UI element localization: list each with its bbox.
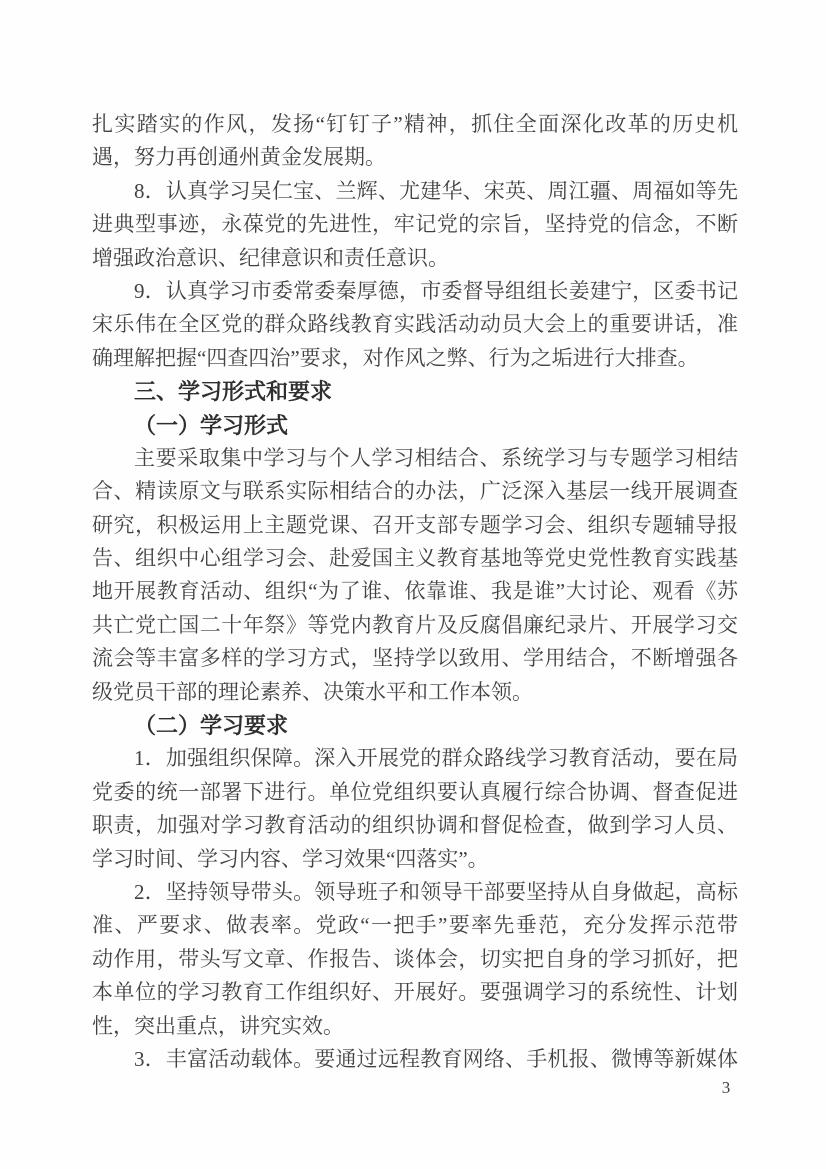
text-line: 3．丰富活动载体。要通过远程教育网络、手机报、微博等新媒体 [92,1043,738,1076]
text-line: 2．坚持领导带头。领导班子和领导干部要坚持从自身做起，高标 [92,876,738,909]
heading-line: （一）学习形式 [92,409,738,442]
text-line: 学习时间、学习内容、学习效果“四落实”。 [92,843,738,876]
text-line: 8．认真学习吴仁宝、兰辉、尤建华、宋英、周江疆、周福如等先 [92,175,738,208]
text-line: 告、组织中心组学习会、赴爱国主义教育基地等党史党性教育实践基 [92,542,738,575]
document-page: 扎实踏实的作风，发扬“钉钉子”精神，抓住全面深化改革的历史机遇，努力再创通州黄金… [0,0,826,1169]
document-text-block: 扎实踏实的作风，发扬“钉钉子”精神，抓住全面深化改革的历史机遇，努力再创通州黄金… [92,108,738,1076]
text-line: 确理解把握“四查四治”要求，对作风之弊、行为之垢进行大排查。 [92,342,738,375]
text-line: 地开展教育活动、组织“为了谁、依靠谁、我是谁”大讨论、观看《苏 [92,575,738,608]
text-line: 共亡党亡国二十年祭》等党内教育片及反腐倡廉纪录片、开展学习交 [92,609,738,642]
text-line: 遇，努力再创通州黄金发展期。 [92,141,738,174]
text-line: 研究，积极运用上主题党课、召开支部专题学习会、组织专题辅导报 [92,509,738,542]
text-line: 1．加强组织保障。深入开展党的群众路线学习教育活动，要在局 [92,742,738,775]
text-line: 增强政治意识、纪律意识和责任意识。 [92,242,738,275]
text-line: 党委的统一部署下进行。单位党组织要认真履行综合协调、督查促进 [92,776,738,809]
text-line: 宋乐伟在全区党的群众路线教育实践活动动员大会上的重要讲话，准 [92,308,738,341]
page-number: 3 [714,1078,738,1098]
heading-line: 三、学习形式和要求 [92,375,738,408]
text-line: 流会等丰富多样的学习方式，坚持学以致用、学用结合，不断增强各 [92,642,738,675]
text-line: 进典型事迹，永葆党的先进性，牢记党的宗旨，坚持党的信念，不断 [92,208,738,241]
text-line: 9．认真学习市委常委秦厚德，市委督导组组长姜建宁，区委书记 [92,275,738,308]
text-line: 职责，加强对学习教育活动的组织协调和督促检查，做到学习人员、 [92,809,738,842]
text-line: 性，突出重点，讲究实效。 [92,1010,738,1043]
text-line: 合、精读原文与联系实际相结合的办法，广泛深入基层一线开展调查 [92,475,738,508]
text-line: 本单位的学习教育工作组织好、开展好。要强调学习的系统性、计划 [92,976,738,1009]
text-line: 准、严要求、做表率。党政“一把手”要率先垂范，充分发挥示范带 [92,909,738,942]
text-line: 级党员干部的理论素养、决策水平和工作本领。 [92,676,738,709]
text-line: 动作用，带头写文章、作报告、谈体会，切实把自身的学习抓好，把 [92,943,738,976]
heading-line: （二）学习要求 [92,709,738,742]
text-line: 扎实踏实的作风，发扬“钉钉子”精神，抓住全面深化改革的历史机 [92,108,738,141]
text-line: 主要采取集中学习与个人学习相结合、系统学习与专题学习相结 [92,442,738,475]
